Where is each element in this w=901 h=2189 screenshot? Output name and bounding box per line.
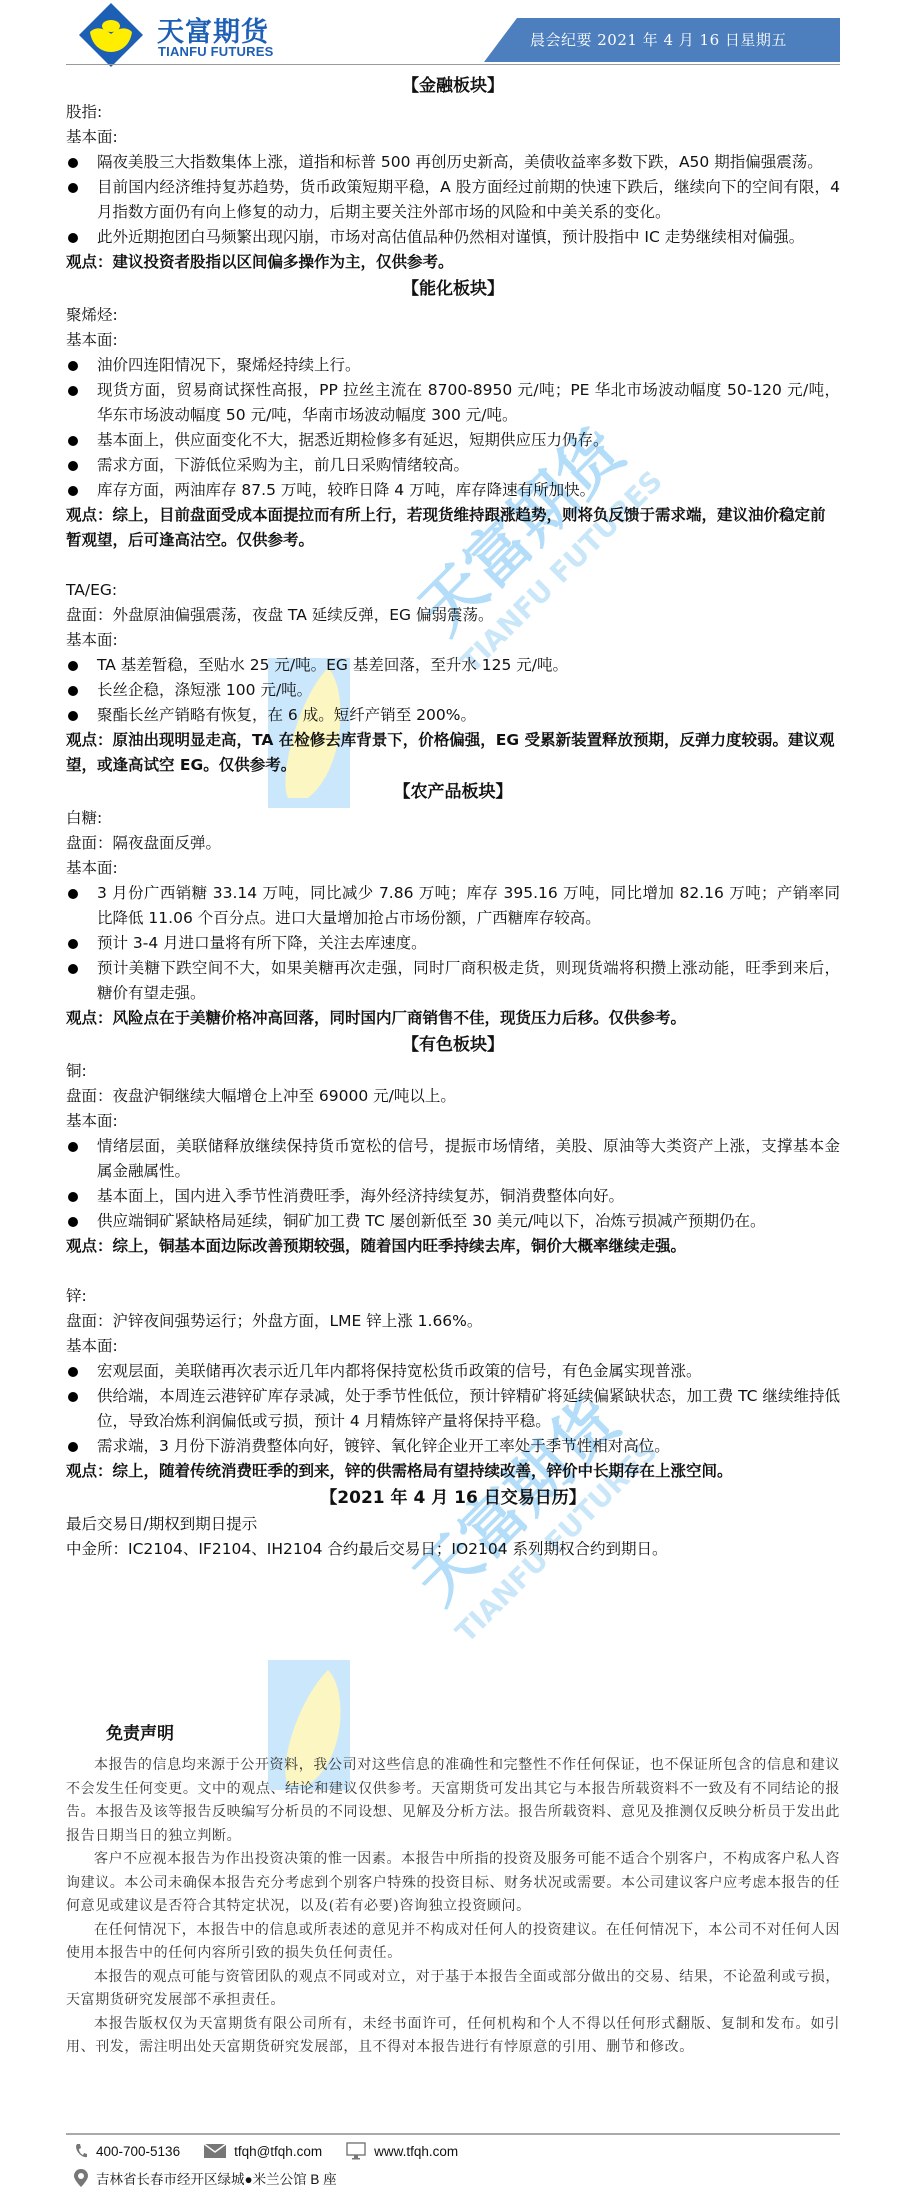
market-summary: 盘面：隔夜盘面反弹。 [66, 831, 840, 856]
list-item: 预计 3-4 月进口量将有所下降，关注去库速度。 [66, 931, 840, 956]
list-item: 油价四连阳情况下，聚烯烃持续上行。 [66, 353, 840, 378]
list-item: 基本面上，国内进入季节性消费旺季，海外经济持续复苏，铜消费整体向好。 [66, 1184, 840, 1209]
fundamentals-label: 基本面: [66, 856, 840, 881]
list-item: 聚酯长丝产销略有恢复，在 6 成。短纤产销至 200%。 [66, 703, 840, 728]
view-statement: 观点：原油出现明显走高，TA 在检修去库背景下，价格偏强，EG 受累新装置释放预… [66, 728, 840, 778]
list-item: 库存方面，两油库存 87.5 万吨，较昨日降 4 万吨，库存降速有所加快。 [66, 478, 840, 503]
list-item: 长丝企稳，涤短涨 100 元/吨。 [66, 678, 840, 703]
bullet-list: 情绪层面，美联储释放继续保持货币宽松的信号，提振市场情绪，美股、原油等大类资产上… [66, 1134, 840, 1234]
section-title-finance: 【金融板块】 [66, 72, 840, 100]
section-title-energy: 【能化板块】 [66, 275, 840, 303]
list-item: 隔夜美股三大指数集体上涨，道指和标普 500 再创历史新高，美债收益率多数下跌，… [66, 150, 840, 175]
spacer [66, 1259, 840, 1284]
spacer [66, 553, 840, 578]
report-body: 【金融板块】 股指: 基本面: 隔夜美股三大指数集体上涨，道指和标普 500 再… [66, 72, 840, 1562]
subsection-name: 股指: [66, 100, 840, 125]
list-item: 供给端，本周连云港锌矿库存录减，处于季节性低位，预计锌精矿将延续偏紧缺状态，加工… [66, 1384, 840, 1434]
market-summary: 盘面：夜盘沪铜继续大幅增仓上冲至 69000 元/吨以上。 [66, 1084, 840, 1109]
banner-title: 晨会纪要 2021 年 4 月 16 日星期五 [530, 29, 787, 50]
disclaimer: 免责声明 本报告的信息均来源于公开资料，我公司对这些信息的准确性和完整性不作任何… [66, 1722, 840, 2060]
section-title-agri: 【农产品板块】 [66, 778, 840, 806]
bullet-list: 宏观层面，美联储再次表示近几年内都将保持宽松货币政策的信号，有色金属实现普涨。 … [66, 1359, 840, 1459]
footer-address: 吉林省长春市经开区绿城●米兰公馆 B 座 [74, 2168, 361, 2188]
disclaimer-paragraph: 在任何情况下，本报告中的信息或所表述的意见并不构成对任何人的投资建议。在任何情况… [66, 1919, 840, 1966]
view-statement: 观点：建议投资者股指以区间偏多操作为主，仅供参考。 [66, 250, 840, 275]
tianfu-logo-icon [78, 2, 144, 68]
list-item: 需求端，3 月份下游消费整体向好，镀锌、氧化锌企业开工率处于季节性相对高位。 [66, 1434, 840, 1459]
disclaimer-paragraph: 本报告的观点可能与资管团队的观点不同或对立，对于基于本报告全面或部分做出的交易、… [66, 1966, 840, 2013]
market-summary: 盘面：外盘原油偏强震荡，夜盘 TA 延续反弹，EG 偏弱震荡。 [66, 603, 840, 628]
list-item: 预计美糖下跌空间不大，如果美糖再次走强，同时厂商积极走货，则现货端将积攒上涨动能… [66, 956, 840, 1006]
list-item: TA 基差暂稳，至贴水 25 元/吨。EG 基差回落，至升水 125 元/吨。 [66, 653, 840, 678]
phone-number: 400-700-5136 [96, 2144, 180, 2159]
view-statement: 观点：综上，随着传统消费旺季的到来，锌的供需格局有望持续改善，锌价中长期存在上涨… [66, 1459, 840, 1484]
bullet-list: 隔夜美股三大指数集体上涨，道指和标普 500 再创历史新高，美债收益率多数下跌，… [66, 150, 840, 250]
list-item: 供应端铜矿紧缺格局延续，铜矿加工费 TC 屡创新低至 30 美元/吨以下，冶炼亏… [66, 1209, 840, 1234]
logo-english-name: TIANFU FUTURES [158, 44, 273, 59]
view-statement: 观点：综上，目前盘面受成本面提拉而有所上行，若现货维持跟涨趋势，则将负反馈于需求… [66, 503, 840, 553]
list-item: 需求方面，下游低位采购为主，前几日采购情绪较高。 [66, 453, 840, 478]
section-title-calendar: 【2021 年 4 月 16 日交易日历】 [66, 1484, 840, 1512]
bullet-list: TA 基差暂稳，至贴水 25 元/吨。EG 基差回落，至升水 125 元/吨。 … [66, 653, 840, 728]
list-item: 目前国内经济维持复苏趋势，货币政策短期平稳，A 股方面经过前期的快速下跌后，继续… [66, 175, 840, 225]
footer-phone: 400-700-5136 [74, 2143, 180, 2159]
footer-website: www.tfqh.com [346, 2142, 458, 2160]
email-address[interactable]: tfqh@tfqh.com [234, 2144, 322, 2159]
report-header: 天富期货 TIANFU FUTURES 晨会纪要 2021 年 4 月 16 日… [0, 0, 901, 68]
list-item: 现货方面，贸易商试探性高报，PP 拉丝主流在 8700-8950 元/吨；PE … [66, 378, 840, 428]
list-item: 宏观层面，美联储再次表示近几年内都将保持宽松货币政策的信号，有色金属实现普涨。 [66, 1359, 840, 1384]
list-item: 情绪层面，美联储释放继续保持货币宽松的信号，提振市场情绪，美股、原油等大类资产上… [66, 1134, 840, 1184]
section-title-metals: 【有色板块】 [66, 1031, 840, 1059]
email-icon [204, 2143, 226, 2159]
fundamentals-label: 基本面: [66, 1109, 840, 1134]
header-divider [66, 64, 840, 65]
list-item: 此外近期抱团白马频繁出现闪崩，市场对高估值品种仍然相对谨慎，预计股指中 IC 走… [66, 225, 840, 250]
subsection-name: 锌: [66, 1284, 840, 1309]
footer-divider [66, 2133, 840, 2135]
view-statement: 观点：综上，铜基本面边际改善预期较强，随着国内旺季持续去库，铜价大概率继续走强。 [66, 1234, 840, 1259]
disclaimer-paragraph: 本报告版权仅为天富期货有限公司所有，未经书面许可，任何机构和个人不得以任何形式翻… [66, 2013, 840, 2060]
fundamentals-label: 基本面: [66, 1334, 840, 1359]
bullet-list: 油价四连阳情况下，聚烯烃持续上行。 现货方面，贸易商试探性高报，PP 拉丝主流在… [66, 353, 840, 503]
address-text: 吉林省长春市经开区绿城●米兰公馆 B 座 [96, 2168, 337, 2188]
subsection-name: 聚烯烃: [66, 303, 840, 328]
market-summary: 盘面：沪锌夜间强势运行；外盘方面，LME 锌上涨 1.66%。 [66, 1309, 840, 1334]
fundamentals-label: 基本面: [66, 628, 840, 653]
disclaimer-title: 免责声明 [106, 1722, 840, 1746]
phone-icon [74, 2143, 88, 2159]
disclaimer-paragraph: 客户不应视本报告为作出投资决策的惟一因素。本报告中所指的投资及服务可能不适合个别… [66, 1848, 840, 1919]
website-url[interactable]: www.tfqh.com [374, 2144, 458, 2159]
disclaimer-paragraph: 本报告的信息均来源于公开资料，我公司对这些信息的准确性和完整性不作任何保证，也不… [66, 1754, 840, 1848]
monitor-icon [346, 2142, 366, 2160]
bullet-list: 3 月份广西销糖 33.14 万吨，同比减少 7.86 万吨；库存 395.16… [66, 881, 840, 1006]
subsection-name: 白糖: [66, 806, 840, 831]
fundamentals-label: 基本面: [66, 328, 840, 353]
location-pin-icon [74, 2169, 88, 2187]
list-item: 3 月份广西销糖 33.14 万吨，同比减少 7.86 万吨；库存 395.16… [66, 881, 840, 931]
subsection-name: TA/EG: [66, 578, 840, 603]
calendar-subtitle: 最后交易日/期权到期日提示 [66, 1512, 840, 1537]
fundamentals-label: 基本面: [66, 125, 840, 150]
list-item: 基本面上，供应面变化不大，据悉近期检修多有延迟，短期供应压力仍存。 [66, 428, 840, 453]
footer-address-item: 吉林省长春市经开区绿城●米兰公馆 B 座 [74, 2168, 337, 2188]
footer-email: tfqh@tfqh.com [204, 2143, 322, 2159]
view-statement: 观点：风险点在于美糖价格冲高回落，同时国内厂商销售不佳，现货压力后移。仅供参考。 [66, 1006, 840, 1031]
subsection-name: 铜: [66, 1059, 840, 1084]
calendar-cffex: 中金所：IC2104、IF2104、IH2104 合约最后交易日；IO2104 … [66, 1537, 840, 1562]
footer-contacts: 400-700-5136 tfqh@tfqh.com www.tfqh.com [74, 2142, 482, 2160]
